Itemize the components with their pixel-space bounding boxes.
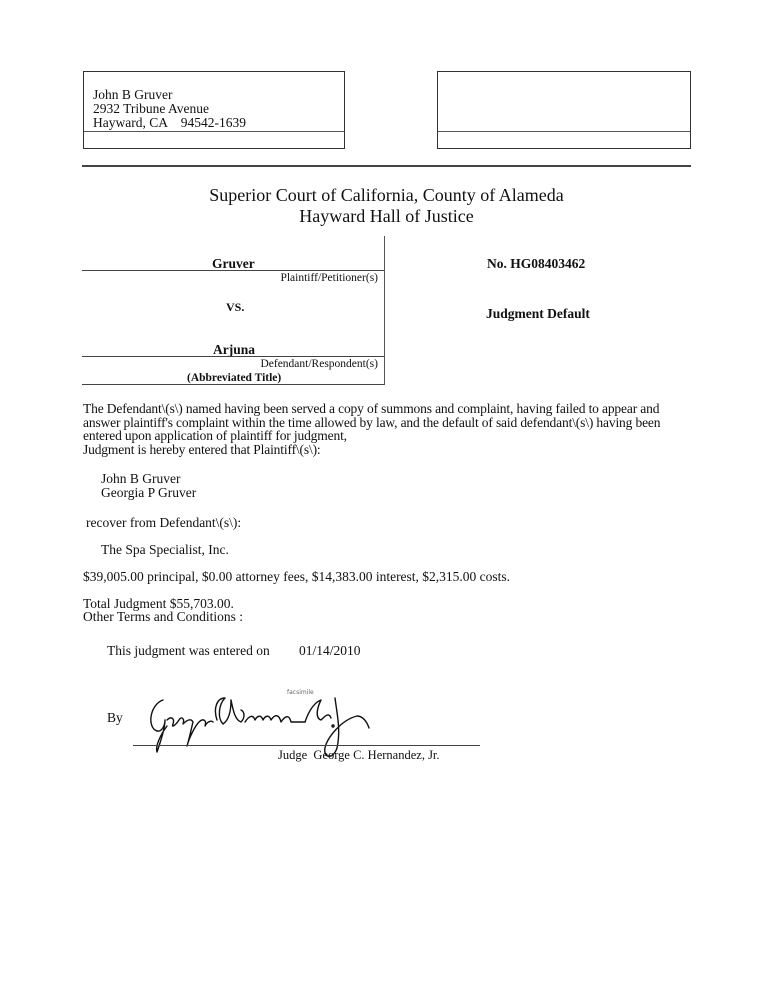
- address-line-city: Hayward, CA 94542-1639: [93, 116, 246, 130]
- paragraph-line: answer plaintiff's complaint within the …: [83, 416, 660, 430]
- defendant-rule: [82, 356, 384, 357]
- caption-vertical-rule: [384, 236, 385, 385]
- other-terms-label: Other Terms and Conditions :: [83, 610, 243, 624]
- plaintiff-label: Plaintiff/Petitioner(s): [280, 272, 378, 284]
- clerk-stamp-box: [437, 71, 691, 149]
- document-type: Judgment Default: [486, 306, 590, 322]
- address-line-name: John B Gruver: [93, 88, 246, 102]
- entered-on-label: This judgment was entered on: [107, 644, 270, 658]
- entered-on-date: 01/14/2010: [299, 644, 361, 658]
- case-number: No. HG08403462: [487, 256, 585, 272]
- judge-name: Judge George C. Hernandez, Jr.: [278, 749, 440, 763]
- defendant-label: Defendant/Respondent(s): [260, 358, 378, 370]
- by-label: By: [107, 711, 123, 725]
- paragraph-line: Judgment is hereby entered that Plaintif…: [83, 443, 660, 457]
- plaintiff-rule: [82, 270, 384, 271]
- return-address: John B Gruver 2932 Tribune Avenue Haywar…: [93, 88, 246, 130]
- address-line-street: 2932 Tribune Avenue: [93, 102, 246, 116]
- signature-rule: [133, 745, 480, 746]
- amounts-line: $39,005.00 principal, $0.00 attorney fee…: [83, 570, 510, 584]
- plaintiff-entry: John B Gruver: [101, 472, 196, 486]
- judgment-paragraph: The Defendant\(s\) named having been ser…: [83, 402, 660, 456]
- header-rule: [82, 165, 691, 167]
- paragraph-line: entered upon application of plaintiff fo…: [83, 429, 660, 443]
- court-name: Superior Court of California, County of …: [0, 185, 773, 206]
- caption-bottom-rule: [82, 384, 384, 385]
- return-address-box: John B Gruver 2932 Tribune Avenue Haywar…: [83, 71, 345, 149]
- plaintiff-entry: Georgia P Gruver: [101, 486, 196, 500]
- stamp-box-divider: [438, 131, 690, 132]
- abbreviated-title-label: (Abbreviated Title): [187, 372, 281, 384]
- defendant-entry: The Spa Specialist, Inc.: [101, 543, 229, 557]
- court-branch: Hayward Hall of Justice: [0, 206, 773, 227]
- versus-label: VS.: [226, 300, 244, 315]
- recover-from-label: recover from Defendant\(s\):: [86, 516, 241, 530]
- paragraph-line: The Defendant\(s\) named having been ser…: [83, 402, 660, 416]
- address-box-divider: [84, 131, 344, 132]
- plaintiffs-list: John B Gruver Georgia P Gruver: [101, 472, 196, 499]
